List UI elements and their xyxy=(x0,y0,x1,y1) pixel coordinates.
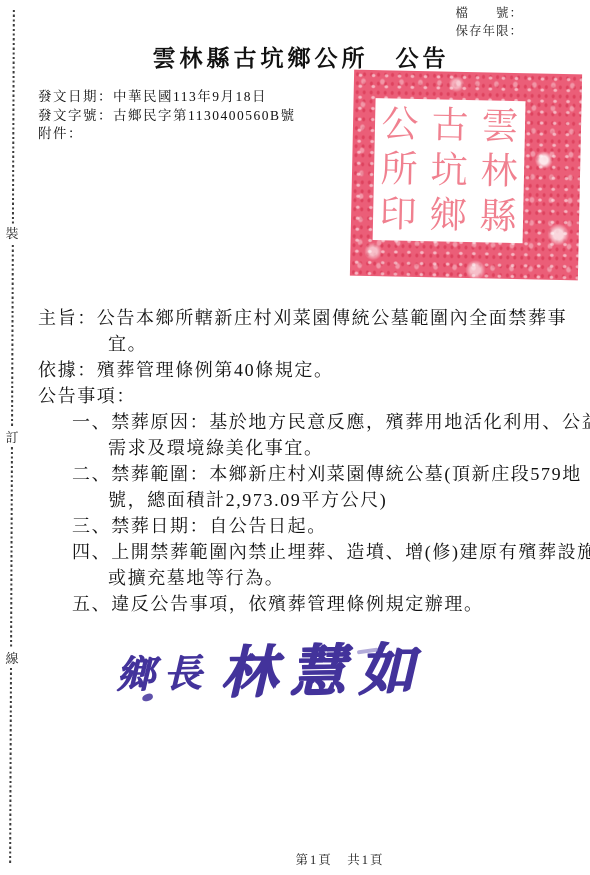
page-number: 第1頁 共1頁 xyxy=(0,850,590,868)
seal-inner-face: 雲林縣 古坑鄉 公所印 xyxy=(373,98,526,243)
attachment-line: 附件： xyxy=(38,125,296,144)
body-line-items-head: 公告事項： xyxy=(38,383,572,409)
seal-column-left: 公所印 xyxy=(376,102,423,238)
body-line-subject: 主旨：公告本鄉所轄新庄村刈菜園傳統公墓範圍內全面禁葬事 xyxy=(38,305,572,331)
mayor-signature: 鄉長 林慧如 xyxy=(115,625,427,710)
body-line-item2: 二、禁葬範圍：本鄉新庄村刈菜園傳統公墓(頂新庄段579地 xyxy=(38,461,572,487)
official-red-seal: 雲林縣 古坑鄉 公所印 xyxy=(350,70,582,281)
issue-date-line: 發文日期：中華民國113年9月18日 xyxy=(38,88,296,107)
binding-char-ding: 訂 xyxy=(4,428,20,447)
signature-title: 鄉長 xyxy=(116,642,211,699)
signature-name: 林慧如 xyxy=(219,625,427,709)
file-info-block: 檔 號： 保存年限： xyxy=(455,5,523,40)
body-line-item5: 五、違反公告事項，依殯葬管理條例規定辦理。 xyxy=(38,591,572,617)
body-line-item3: 三、禁葬日期：自公告日起。 xyxy=(38,513,572,539)
seal-column-right: 雲林縣 xyxy=(476,104,523,240)
binding-char-zhuang: 裝 xyxy=(4,224,20,243)
body-line-item2-2: 號，總面積計2,973.09平方公尺) xyxy=(38,487,572,513)
doc-number-line: 發文字號：古鄉民字第1130400560B號 xyxy=(38,107,296,126)
body-line-subject-2: 宜。 xyxy=(38,331,572,357)
body-line-item1-2: 需求及環境綠美化事宜。 xyxy=(38,435,572,461)
seal-column-middle: 古坑鄉 xyxy=(426,103,473,239)
body-line-item4: 四、上開禁葬範圍內禁止埋葬、造墳、增(修)建原有殯葬設施 xyxy=(38,539,572,565)
body-line-basis: 依據：殯葬管理條例第40條規定。 xyxy=(38,357,572,383)
body-line-item1: 一、禁葬原因：基於地方民意反應，殯葬用地活化利用、公益 xyxy=(38,409,572,435)
page-title: 雲林縣古坑鄉公所 公告 xyxy=(0,40,590,73)
official-announcement-document: 裝 訂 線 檔 號： 保存年限： 雲林縣古坑鄉公所 公告 發文日期：中華民國11… xyxy=(0,0,590,875)
file-number-label: 檔 號： xyxy=(455,5,523,23)
announcement-body: 主旨：公告本鄉所轄新庄村刈菜園傳統公墓範圍內全面禁葬事 宜。 依據：殯葬管理條例… xyxy=(38,305,572,617)
binding-char-xian: 線 xyxy=(4,649,20,668)
retention-period-label: 保存年限： xyxy=(455,23,523,41)
body-line-item4-2: 或擴充墓地等行為。 xyxy=(38,565,572,591)
document-meta: 發文日期：中華民國113年9月18日 發文字號：古鄉民字第1130400560B… xyxy=(38,88,296,144)
